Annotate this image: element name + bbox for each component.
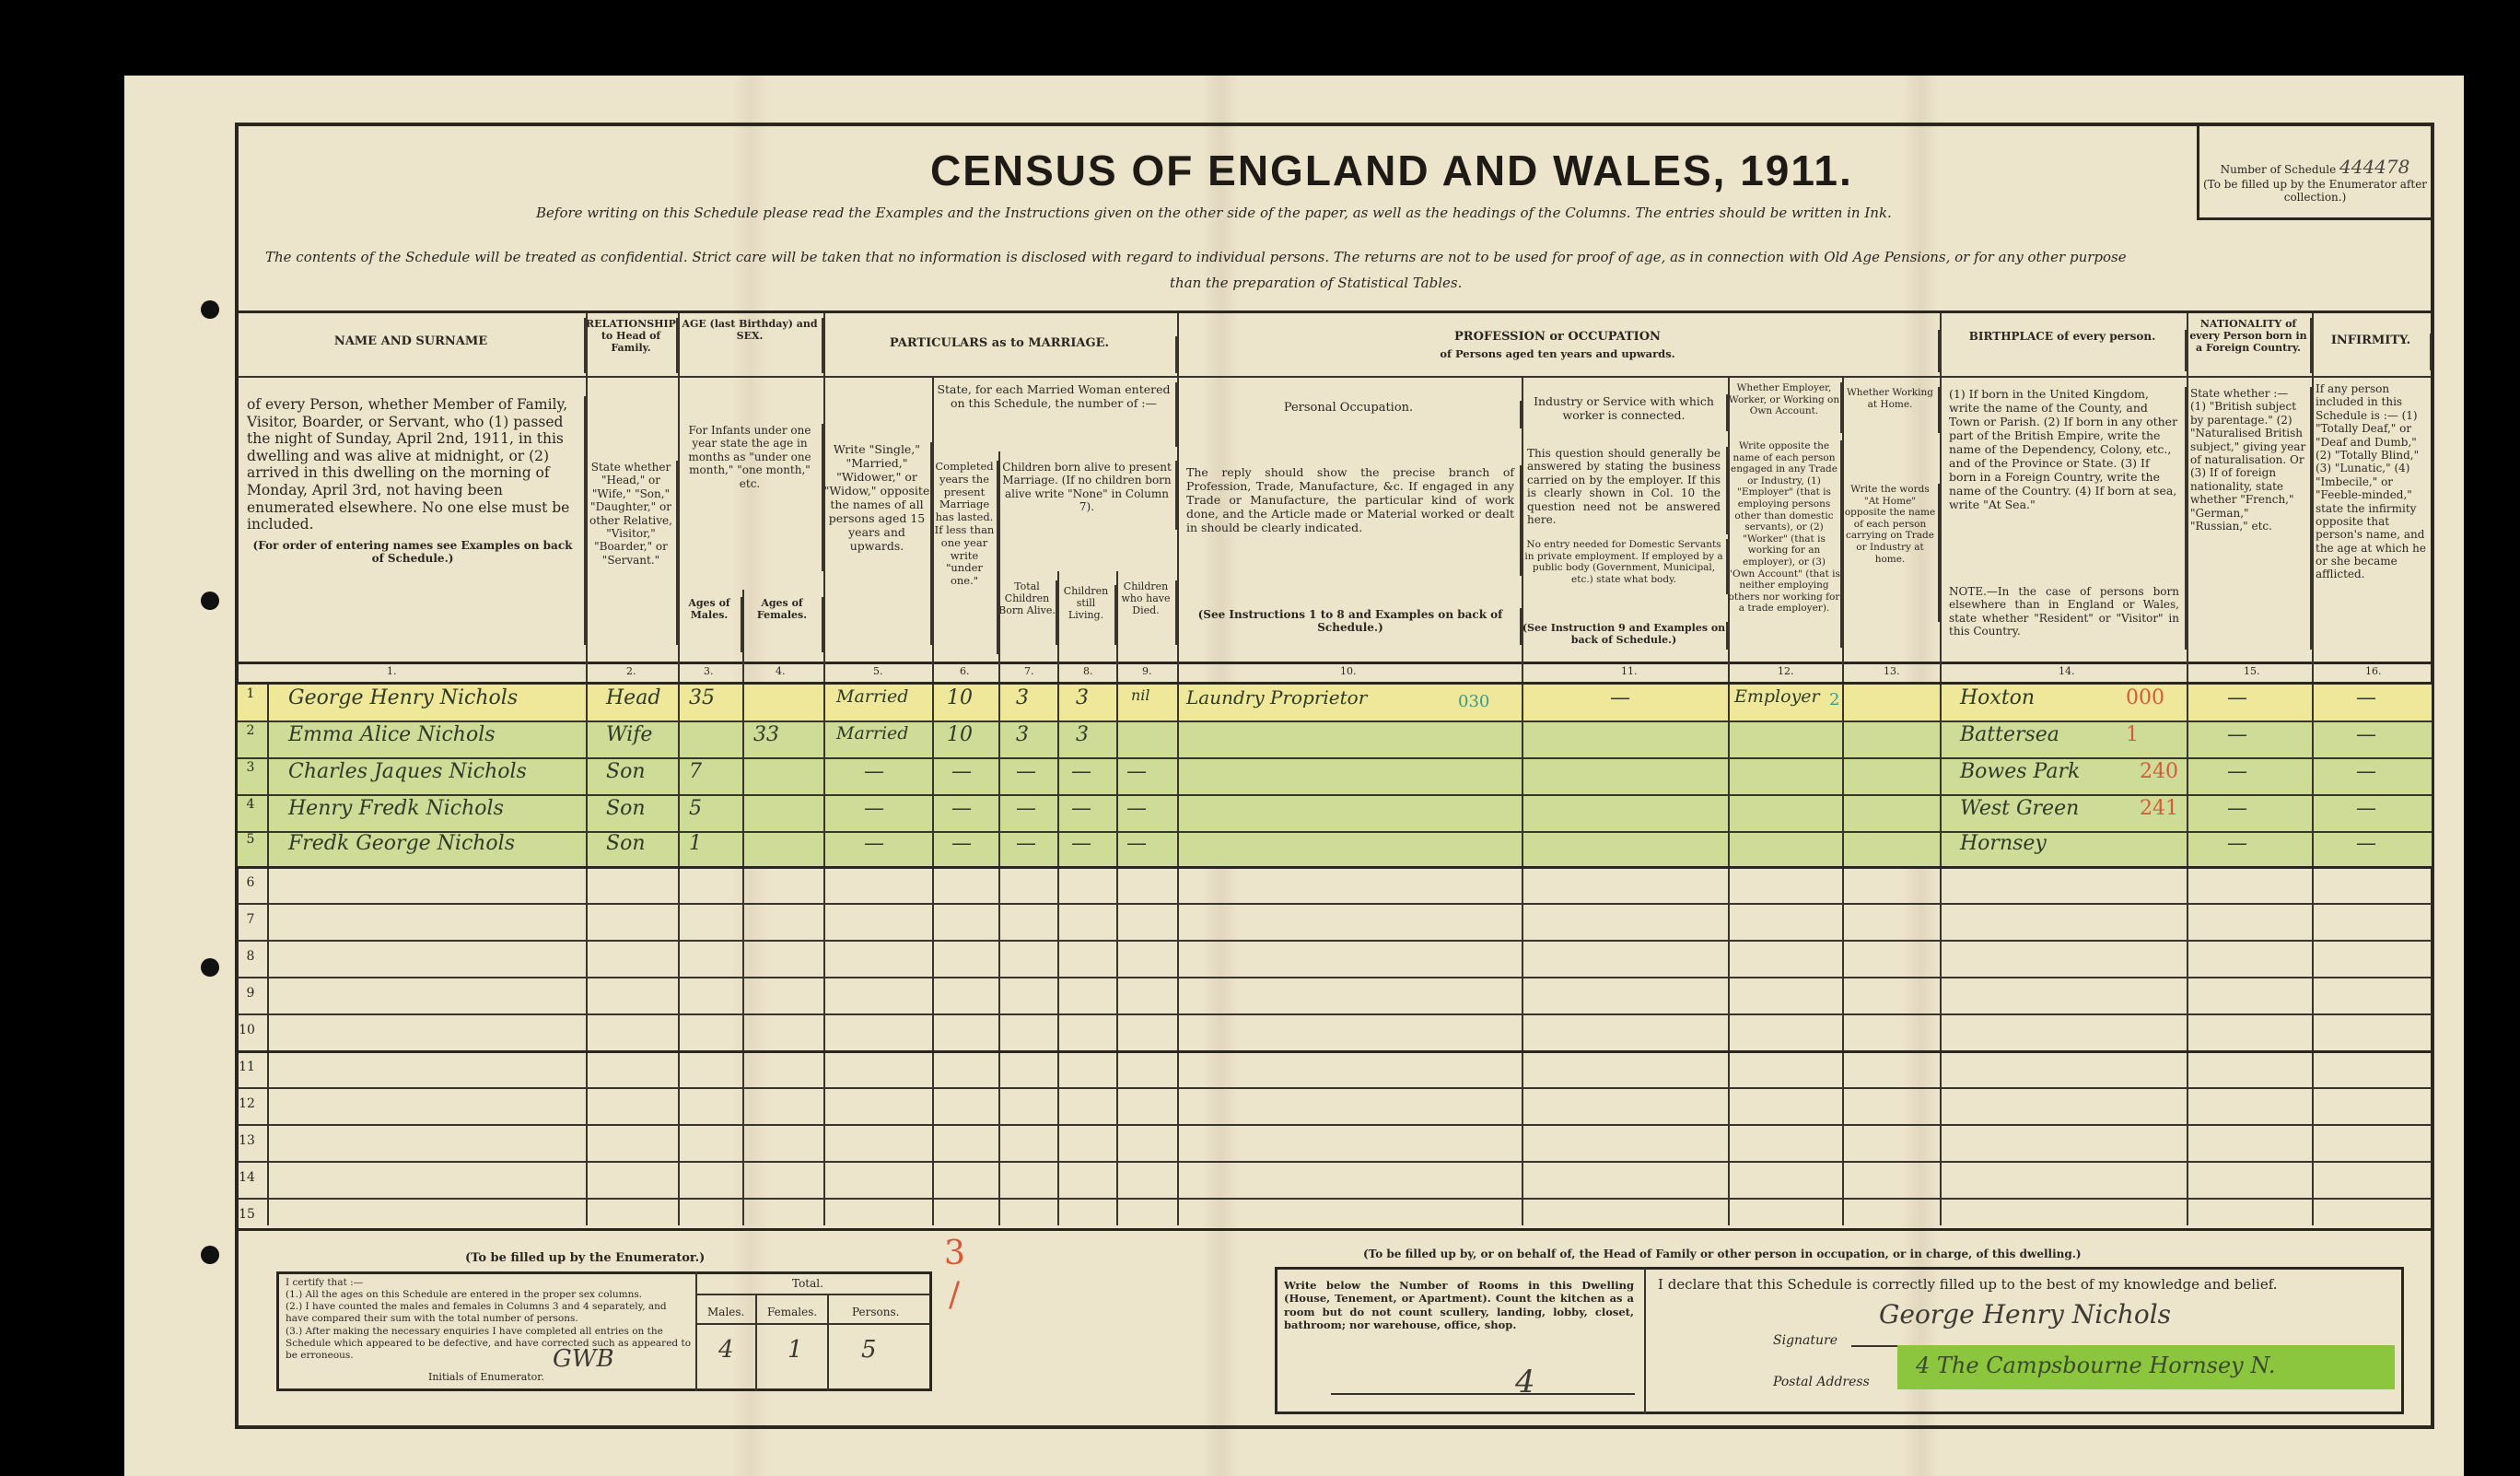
children-born-cell[interactable]: 3 (1016, 723, 1029, 746)
col-nationality-body: State whether :— (1) "British subject by… (2187, 387, 2312, 650)
total-females[interactable]: 1 (787, 1336, 803, 1364)
years-married-cell[interactable]: 10 (947, 723, 973, 746)
years-married-cell[interactable]: — (951, 760, 972, 783)
table-rule (238, 903, 2432, 905)
col-employer-body: Write opposite the name of each person e… (1728, 440, 1842, 648)
table-rule (1331, 1393, 1635, 1395)
table-rule (827, 1294, 829, 1391)
row-number: 12 (238, 1096, 256, 1111)
table-rule (238, 1198, 2432, 1200)
name-cell[interactable]: Henry Fredk Nichols (288, 797, 504, 820)
col-num-3: 3. (704, 665, 714, 677)
row-number: 3 (241, 760, 260, 775)
table-rule (742, 590, 744, 1225)
nationality-cell[interactable]: — (2227, 797, 2247, 820)
col-num-6: 6. (960, 665, 970, 677)
col-living: Children still Living. (1057, 585, 1116, 645)
row-number: 5 (241, 832, 260, 847)
col-occupation-head: PROFESSION or OCCUPATION (1177, 330, 1940, 350)
col-industry-note: No entry needed for Domestic Servants in… (1522, 539, 1728, 594)
row-number: 2 (241, 723, 260, 738)
infirmity-cell[interactable]: — (2356, 832, 2376, 855)
table-rule (238, 977, 2432, 978)
schedule-number-value[interactable]: 444478 (2339, 156, 2409, 178)
children-born-cell[interactable]: — (1016, 832, 1036, 855)
row-number: 15 (238, 1207, 256, 1222)
initials-value[interactable]: GWB (553, 1345, 614, 1373)
schedule-number-box: Number of Schedule 444478 (To be filled … (2197, 126, 2431, 220)
table-row: 4 Henry Fredk Nichols Son 5 — — — — — We… (238, 797, 2432, 834)
col-industry-see: (See Instruction 9 and Examples on back … (1522, 622, 1728, 650)
infirmity-cell[interactable]: — (2356, 797, 2376, 820)
birthplace-cell[interactable]: Battersea (1960, 723, 2059, 746)
table-rule (695, 1323, 930, 1325)
table-rule (238, 1087, 2432, 1089)
males-label: Males. (707, 1306, 744, 1319)
table-rule (755, 1294, 757, 1391)
employer-code: 2 (1829, 690, 1839, 709)
col-num-1: 1. (387, 665, 397, 677)
condition-cell[interactable]: — (864, 760, 884, 783)
red-mark-3: 3 (944, 1235, 965, 1272)
col-num-9: 9. (1142, 665, 1152, 677)
condition-cell[interactable]: Married (836, 686, 908, 707)
occupation-cell[interactable]: Laundry Proprietor (1186, 686, 1367, 709)
col-marriage-condition: Write "Single," "Married," "Widower," or… (823, 442, 932, 645)
col-age-body: For Infants under one year state the age… (678, 424, 823, 571)
age-female-cell[interactable]: 33 (753, 723, 779, 746)
col-employer: Whether Employer, Worker, or Working on … (1728, 382, 1842, 433)
relationship-cell[interactable]: Wife (606, 723, 652, 746)
birthplace-code: 241 (2140, 797, 2178, 820)
table-rule (238, 1050, 2432, 1053)
row-number: 6 (241, 875, 260, 890)
col-num-13: 13. (1884, 665, 1900, 677)
relationship-cell[interactable]: Son (606, 797, 646, 820)
col-num-15: 15. (2244, 665, 2260, 677)
birthplace-cell[interactable]: Hornsey (1960, 832, 2047, 855)
children-living-cell[interactable]: — (1071, 797, 1091, 820)
address-label: Postal Address (1773, 1375, 1870, 1391)
infirmity-cell[interactable]: — (2356, 760, 2376, 783)
col-num-5: 5. (873, 665, 883, 677)
col-age-head: AGE (last Birthday) and SEX. (678, 318, 823, 373)
col-occupation-subhead: of Persons aged ten years and upwards. (1177, 348, 1940, 372)
col-num-16: 16. (2365, 665, 2382, 677)
rooms-instructions: Write below the Number of Rooms in this … (1284, 1279, 1634, 1332)
children-born-cell[interactable]: — (1016, 797, 1036, 820)
schedule-number-label: Number of Schedule (2221, 163, 2337, 176)
page-title: CENSUS OF ENGLAND AND WALES, 1911. (930, 146, 1853, 195)
females-label: Females. (767, 1306, 817, 1319)
birthplace-cell[interactable]: Bowes Park (1960, 760, 2080, 783)
table-row: 5 Fredk George Nichols Son 1 — — — — — H… (238, 832, 2432, 869)
name-cell[interactable]: Fredk George Nichols (288, 832, 515, 855)
enumerator-certification: I certify that :— (1.) All the ages on t… (286, 1277, 691, 1362)
col-num-7: 7. (1024, 665, 1034, 677)
col-name-body-text: of every Person, whether Member of Famil… (247, 396, 569, 533)
col-num-12: 12. (1778, 665, 1794, 677)
col-home-body: Write the words "At Home" opposite the n… (1842, 484, 1940, 622)
row-number: 4 (241, 797, 260, 812)
total-persons[interactable]: 5 (861, 1336, 877, 1364)
row-number: 11 (238, 1060, 256, 1074)
col-personal-note: (See Instructions 1 to 8 and Examples on… (1181, 608, 1522, 645)
name-cell[interactable]: Emma Alice Nichols (288, 723, 496, 746)
col-industry-body: This question should generally be answer… (1522, 447, 1728, 534)
relationship-cell[interactable]: Son (606, 832, 646, 855)
nationality-cell[interactable]: — (2227, 723, 2247, 746)
row-number: 13 (238, 1133, 256, 1148)
row-number: 9 (241, 986, 260, 1001)
total-label: Total. (792, 1277, 823, 1291)
punch-hole (201, 300, 219, 319)
age-male-cell[interactable]: 1 (689, 832, 702, 855)
header-bottom-rule (238, 662, 2432, 664)
name-cell[interactable]: George Henry Nichols (288, 686, 518, 709)
certify-item-1: (1.) All the ages on this Schedule are e… (286, 1289, 691, 1301)
col-infirmity-body: If any person included in this Schedule … (2312, 382, 2432, 650)
col-num-2: 2. (626, 665, 636, 677)
col-born-alive: Total Children Born Alive. (998, 580, 1057, 645)
col-name-body: of every Person, whether Member of Famil… (241, 396, 586, 645)
table-rule (238, 1013, 2432, 1015)
table-rule (1116, 571, 1118, 1225)
col-marriage-years: Completed years the present Marriage has… (932, 461, 998, 654)
confidential-line: The contents of the Schedule will be tre… (265, 249, 2127, 265)
years-married-cell[interactable]: — (951, 832, 972, 855)
years-married-cell[interactable]: — (951, 797, 972, 820)
children-living-cell[interactable]: 3 (1076, 723, 1089, 746)
children-died-cell[interactable]: — (1126, 760, 1147, 783)
table-rule (238, 1124, 2432, 1126)
table-rule (238, 1161, 2432, 1163)
birthplace-code: 000 (2126, 686, 2164, 709)
condition-cell[interactable]: Married (836, 723, 908, 744)
col-infirmity-head: INFIRMITY. (2312, 334, 2432, 370)
col-num-11: 11. (1621, 665, 1638, 677)
header-mid-rule (238, 376, 2432, 378)
infirmity-cell[interactable]: — (2356, 723, 2376, 746)
children-died-cell[interactable]: — (1126, 797, 1147, 820)
children-born-cell[interactable]: 3 (1016, 686, 1029, 709)
table-rule (695, 1271, 697, 1391)
confidential-line-2: than the preparation of Statistical Tabl… (1170, 275, 1462, 291)
col-died: Children who have Died. (1116, 580, 1177, 645)
address-value[interactable]: 4 The Campsbourne Hornsey N. (1916, 1353, 2275, 1378)
table-row: 1 George Henry Nichols Head 35 Married 1… (238, 686, 2432, 723)
nationality-cell[interactable]: — (2227, 832, 2247, 855)
col-num-14: 14. (2059, 665, 2075, 677)
age-male-cell[interactable]: 7 (689, 760, 702, 783)
certify-item-3: (3.) After making the necessary enquirie… (286, 1326, 691, 1362)
employer-cell[interactable]: Employer (1734, 686, 1820, 707)
punch-hole (201, 592, 219, 610)
col-married-woman: State, for each Married Woman entered on… (932, 382, 1177, 447)
row-number: 14 (238, 1170, 256, 1185)
birthplace-cell[interactable]: West Green (1960, 797, 2079, 820)
col-personal-body: The reply should show the precise branch… (1181, 465, 1522, 576)
total-males[interactable]: 4 (718, 1336, 734, 1364)
col-relationship-head: RELATIONSHIP to Head of Family. (586, 318, 678, 373)
row-number: 1 (241, 686, 260, 701)
birthplace-cell[interactable]: Hoxton (1960, 686, 2035, 709)
col-num-10: 10. (1340, 665, 1357, 677)
row-number: 10 (238, 1023, 256, 1037)
condition-cell[interactable]: — (864, 797, 884, 820)
table-rule (1644, 1267, 1646, 1414)
signature-value[interactable]: George Henry Nichols (1879, 1299, 2171, 1330)
col-industry: Industry or Service with which worker is… (1522, 394, 1728, 431)
col-num-8: 8. (1083, 665, 1093, 677)
row-number: 7 (241, 912, 260, 927)
children-living-cell[interactable]: — (1071, 832, 1091, 855)
nationality-cell[interactable]: — (2227, 686, 2247, 709)
persons-label: Persons. (852, 1306, 899, 1319)
schedule-number-note: (To be filled up by the Enumerator after… (2199, 178, 2431, 204)
col-birthplace-body: (1) If born in the United Kingdom, write… (1943, 387, 2187, 585)
col-num-4: 4. (776, 665, 786, 677)
col-name-head: NAME AND SURNAME (238, 318, 586, 373)
nationality-cell[interactable]: — (2227, 760, 2247, 783)
relationship-cell[interactable]: Head (606, 686, 660, 709)
col-age-females: Ages of Females. (742, 597, 823, 652)
table-rule (238, 940, 2432, 942)
table-row: 3 Charles Jaques Nichols Son 7 — — — — —… (238, 760, 2432, 797)
name-cell[interactable]: Charles Jaques Nichols (288, 760, 527, 783)
age-male-cell[interactable]: 5 (689, 797, 702, 820)
initials-label: Initials of Enumerator. (428, 1371, 544, 1384)
certify-text: I certify that :— (286, 1277, 691, 1289)
infirmity-cell[interactable]: — (2356, 686, 2376, 709)
children-born-cell[interactable]: — (1016, 760, 1036, 783)
rooms-value[interactable]: 4 (1515, 1364, 1535, 1400)
red-mark-slash: / (949, 1276, 960, 1314)
birthplace-code: 240 (2140, 760, 2178, 783)
header-top-rule (238, 310, 2432, 313)
table-row: 2 Emma Alice Nichols Wife 33 Married 10 … (238, 723, 2432, 760)
occupation-code: 030 (1458, 692, 1489, 711)
enumerator-heading: (To be filled up by the Enumerator.) (465, 1251, 705, 1266)
birthplace-code: 1 (2126, 723, 2139, 746)
children-living-cell[interactable]: — (1071, 760, 1091, 783)
certify-item-2: (2.) I have counted the males and female… (286, 1301, 691, 1325)
children-died-cell[interactable]: — (1126, 832, 1147, 855)
col-home: Whether Working at Home. (1842, 387, 1940, 433)
punch-hole (201, 958, 219, 977)
signature-label: Signature (1773, 1333, 1837, 1350)
col-birthplace-note: NOTE.—In the case of persons born elsewh… (1943, 585, 2187, 650)
table-rule (238, 682, 2432, 685)
col-age-males: Ages of Males. (678, 597, 742, 652)
instruction-line: Before writing on this Schedule please r… (536, 205, 1892, 221)
col-children-head: Children born alive to present Marriage.… (998, 461, 1177, 530)
declaration-text: I declare that this Schedule is correctl… (1658, 1276, 2278, 1294)
col-marriage-head: PARTICULARS as to MARRIAGE. (823, 336, 1177, 373)
occupier-heading: (To be filled up by, or on behalf of, th… (1363, 1248, 2082, 1261)
table-rule (238, 1228, 2432, 1231)
condition-cell[interactable]: — (864, 832, 884, 855)
age-male-cell[interactable]: 35 (689, 686, 715, 709)
col-birthplace-head: BIRTHPLACE of every person. (1940, 330, 2187, 371)
row-number: 8 (241, 949, 260, 964)
children-living-cell[interactable]: 3 (1076, 686, 1089, 709)
col-personal-occupation: Personal Occupation. (1177, 401, 1522, 428)
years-married-cell[interactable]: 10 (947, 686, 973, 709)
col-relationship-body: State whether "Head," or "Wife," "Son," … (586, 461, 678, 645)
table-rule (695, 1294, 930, 1295)
col-name-note: (For order of entering names see Example… (247, 539, 578, 566)
relationship-cell[interactable]: Son (606, 760, 646, 783)
col-nationality-head: NATIONALITY of every Person born in a Fo… (2187, 318, 2312, 373)
table-rule (1057, 571, 1059, 1225)
industry-cell[interactable]: — (1610, 686, 1630, 709)
children-died-cell[interactable]: nil (1131, 686, 1150, 704)
punch-hole (201, 1246, 219, 1264)
